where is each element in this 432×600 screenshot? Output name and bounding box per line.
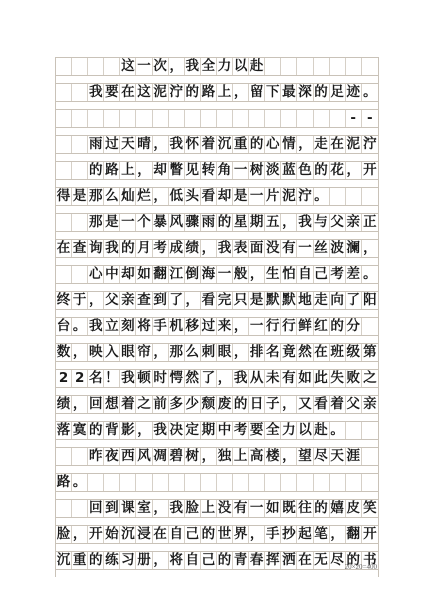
grid-cell: ， [297,136,313,153]
grid-cell [281,58,297,75]
grid-cell: 心 [88,266,104,283]
grid-cell [72,448,88,465]
grid-cell [217,474,233,491]
grid-cell [56,266,72,283]
grid-cell: 决 [169,422,185,439]
grid-cell: 月 [136,240,152,257]
grid-cell [169,474,185,491]
grid-cell [330,188,346,205]
grid-cell: ， [281,448,297,465]
grid-cell: 有 [281,370,297,387]
grid-cell: 一 [249,188,265,205]
grid-cell [249,110,265,127]
grid-cell: 那 [88,188,104,205]
grid-cell: 鲜 [297,318,313,335]
grid-cell: 影 [120,422,136,439]
grid-cell: 力 [281,422,297,439]
grid-cell: 表 [233,240,249,257]
grid-cell [330,110,346,127]
grid-cell: 翻 [346,526,362,543]
grid-cell: 我 [169,136,185,153]
grid-cell [153,474,169,491]
grid-cell: 我 [88,84,104,101]
grid-cell: 前 [153,396,169,413]
grid-cell: - [346,110,362,127]
grid-cell [72,162,88,179]
grid-cell: 风 [136,448,152,465]
grid-cell: 沉 [217,136,233,153]
grid-cell: 帘 [136,344,152,361]
grid-cell: 册 [136,552,152,569]
grid-cell [120,110,136,127]
grid-cell: 在 [330,136,346,153]
grid-cell: 面 [249,240,265,257]
grid-cell: 怕 [281,266,297,283]
grid-cell: 寞 [72,422,88,439]
grid-cell: 名 [88,370,104,387]
grid-cell: 丝 [314,240,330,257]
grid-cell: 脸 [56,526,72,543]
grid-cell: ！ [104,370,120,387]
grid-cell: 默 [281,292,297,309]
grid-cell: 在 [120,84,136,101]
grid-cell: 考 [233,422,249,439]
grid-cell [88,110,104,127]
grid-cell [56,136,72,153]
grid-cell: 深 [297,84,313,101]
grid-cell: 迹 [346,84,362,101]
grid-cell: 看 [201,292,217,309]
grid-cell: 向 [330,292,346,309]
grid-cell: 始 [104,526,120,543]
grid-cell: 路 [201,84,217,101]
grid-cell: 转 [201,162,217,179]
grid-cell: 倒 [185,266,201,283]
grid-cell: 的 [185,84,201,101]
grid-cell: 骤 [185,214,201,231]
grid-cell: 片 [265,188,281,205]
grid-cell: 星 [233,214,249,231]
grid-cell: ， [153,500,169,517]
grid-cell: 红 [314,318,330,335]
grid-cell [217,110,233,127]
grid-cell: 头 [185,188,201,205]
grid-cell: 父 [104,292,120,309]
grid-cell: 行 [265,318,281,335]
grid-cell: 的 [88,162,104,179]
grid-cell: 着 [120,396,136,413]
grid-cell: 入 [104,344,120,361]
grid-cell [249,474,265,491]
grid-cell: 然 [185,370,201,387]
grid-cell [314,58,330,75]
grid-cell: 海 [201,266,217,283]
grid-cell: 2 [56,370,72,387]
grid-cell: 没 [217,500,233,517]
grid-cell [362,474,378,491]
grid-cell: 行 [281,318,297,335]
grid-cell: 树 [185,448,201,465]
grid-cell: 排 [249,344,265,361]
grid-cell: 如 [136,266,152,283]
grid-cell: 我 [233,370,249,387]
grid-cell: 沉 [56,552,72,569]
grid-cell: 我 [120,370,136,387]
grid-cell: 脸 [185,500,201,517]
grid-cell: 的 [88,552,104,569]
grid-cell [56,448,72,465]
grid-row: 落寞的背影，我决定期中考要全力以赴。 [56,421,378,440]
grid-cell: 翻 [153,266,169,283]
grid-cell [56,500,72,517]
grid-cell: ， [362,240,378,257]
grid-cell: 完 [217,292,233,309]
grid-cell: 己 [185,526,201,543]
grid-cell: 世 [217,526,233,543]
grid-cell: 己 [201,552,217,569]
grid-cell [297,58,313,75]
grid-cell: 我 [297,214,313,231]
grid-cell: 是 [249,292,265,309]
grid-cell: 么 [185,344,201,361]
grid-cell: 暴 [153,214,169,231]
grid-cell: 2 [72,370,88,387]
grid-cell: 淡 [265,162,281,179]
grid-cell: 尽 [314,448,330,465]
grid-cell: 笔 [314,526,330,543]
grid-cell: 自 [185,552,201,569]
grid-cell: 过 [201,318,217,335]
grid-row: 昨夜西风凋碧树，独上高楼，望尽天涯 [56,447,378,466]
grid-row: 这一次，我全力以赴 [56,58,378,76]
grid-cell: ， [249,526,265,543]
grid-cell: 风 [169,214,185,231]
grid-cell: 的 [314,500,330,517]
grid-cell: 看 [314,396,330,413]
grid-cell: 上 [120,162,136,179]
grid-cell: 春 [249,552,265,569]
grid-cell: 在 [297,552,313,569]
grid-cell: 花 [330,162,346,179]
grid-cell: 走 [314,136,330,153]
grid-cell: ， [201,448,217,465]
grid-cell: 的 [217,214,233,231]
grid-cell: 父 [346,396,362,413]
grid-row: 的路上，却瞥见转角一树淡蓝色的花，开 [56,161,378,180]
grid-cell: 力 [217,58,233,75]
grid-cell: ， [281,396,297,413]
grid-cell: 绩 [56,396,72,413]
grid-cell: 泥 [153,84,169,101]
grid-cell [201,474,217,491]
grid-cell: 到 [153,292,169,309]
grid-cell: 西 [120,448,136,465]
grid-cell: 父 [330,214,346,231]
grid-cell: 情 [281,136,297,153]
grid-cell: 要 [249,422,265,439]
grid-cell [346,188,362,205]
grid-cell: 机 [169,318,185,335]
grid-cell [265,58,281,75]
grid-cell: ， [153,552,169,569]
grid-cell: 。 [72,474,88,491]
grid-cell: 回 [88,396,104,413]
grid-cell: 波 [330,240,346,257]
grid-cell [362,58,378,75]
grid-cell: 。 [362,84,378,101]
grid-row: 雨过天晴，我怀着沉重的心情，走在泥泞 [56,135,378,154]
grid-cell: 重 [72,552,88,569]
grid-cell: 要 [104,84,120,101]
grid-cell: 那 [88,214,104,231]
grid-cell: 留 [249,84,265,101]
grid-cell: 一 [136,58,152,75]
grid-cell: 路 [56,474,72,491]
grid-cell [104,58,120,75]
grid-cell: 落 [56,422,72,439]
grid-cell: 之 [136,396,152,413]
grid-cell: 赴 [249,58,265,75]
grid-cell: 有 [281,240,297,257]
grid-cell: 一 [217,266,233,283]
grid-cell [346,474,362,491]
grid-cell: 立 [104,318,120,335]
grid-cell: 无 [314,552,330,569]
grid-cell: ， [153,344,169,361]
grid-row: 回到课室，我脸上没有一如既往的嬉皮笑 [56,499,378,518]
grid-cell: 是 [233,188,249,205]
grid-cell: 失 [330,370,346,387]
grid-cell: 泞 [362,136,378,153]
grid-cell: 的 [249,136,265,153]
grid-cell: 挥 [265,552,281,569]
grid-cell: 的 [120,240,136,257]
grid-row: 在查询我的月考成绩，我表面没有一丝波澜， [56,239,378,258]
grid-cell: 一 [297,240,313,257]
grid-cell: 我 [169,500,185,517]
grid-cell [72,136,88,153]
grid-cell: 泥 [281,188,297,205]
grid-cell: 差 [346,266,362,283]
grid-cell: 在 [314,344,330,361]
grid-cell: 五 [265,214,281,231]
grid-cell [136,474,152,491]
grid-cell: 了 [346,292,362,309]
grid-cell: 灿 [120,188,136,205]
grid-cell: ， [330,526,346,543]
grid-cell: 上 [233,448,249,465]
grid-cell [72,84,88,101]
grid-row: 22名！我顿时愕然了，我从未有如此失败之 [56,369,378,388]
grid-cell: 以 [233,58,249,75]
grid-cell: 回 [88,500,104,517]
grid-cell: 最 [281,84,297,101]
grid-cell: 未 [265,370,281,387]
grid-cell: 没 [265,240,281,257]
grid-cell: 尽 [330,552,346,569]
grid-cell: 之 [362,370,378,387]
grid-cell: 然 [297,344,313,361]
grid-cell: 成 [169,240,185,257]
grid-cell: 足 [330,84,346,101]
grid-cell: 了 [169,292,185,309]
grid-cell: 。 [362,266,378,283]
grid-cell: 碧 [169,448,185,465]
grid-cell: 此 [314,370,330,387]
grid-row: 脸，开始沉浸在自己的世界，手抄起笔，翻开 [56,525,378,544]
grid-cell [314,474,330,491]
grid-cell: ， [72,526,88,543]
grid-cell: 开 [88,526,104,543]
grid-row: 那是一个暴风骤雨的星期五，我与父亲正 [56,213,378,232]
grid-cell: 昨 [88,448,104,465]
grid-cell [72,58,88,75]
grid-cell: 泥 [346,136,362,153]
grid-cell: 界 [233,526,249,543]
grid-cell: 又 [297,396,313,413]
grid-cell: ， [201,240,217,257]
grid-cell: 询 [88,240,104,257]
grid-cell: 晴 [136,136,152,153]
grid-cell: 中 [104,266,120,283]
grid-cell: ， [233,84,249,101]
grid-cell: 子 [265,396,281,413]
grid-cell: 走 [314,292,330,309]
grid-row: 心中却如翻江倒海一般，生怕自己考差。 [56,265,378,284]
grid-cell: 一 [249,500,265,517]
grid-cell: ， [88,292,104,309]
grid-cell: 以 [297,422,313,439]
grid-cell: 抄 [281,526,297,543]
grid-cell: 过 [104,136,120,153]
grid-cell: ， [72,344,88,361]
grid-cell: 日 [249,396,265,413]
grid-cell: 这 [136,84,152,101]
grid-cell [362,422,378,439]
grid-cell: 却 [217,188,233,205]
grid-cell: 路 [104,162,120,179]
grid-cell [72,110,88,127]
grid-cell: 一 [233,162,249,179]
grid-cell: 开 [362,526,378,543]
grid-cell [201,110,217,127]
grid-cell [56,162,72,179]
grid-cell: 终 [56,292,72,309]
grid-cell [72,500,88,517]
grid-cell: 开 [362,162,378,179]
grid-cell [265,110,281,127]
grid-cell: 心 [265,136,281,153]
grid-row: 数，映入眼帘，那么刺眼，排名竟然在班级第 [56,343,378,362]
grid-row: 台。我立刻将手机移过来，一行行鲜红的分 [56,317,378,336]
grid-cell: 。 [314,188,330,205]
grid-row: 终于，父亲查到了，看完只是默默地走向了阳 [56,291,378,310]
grid-cell: 低 [169,188,185,205]
grid-cell: 分 [346,318,362,335]
grid-cell: 的 [330,318,346,335]
grid-cell: 与 [314,214,330,231]
grid-cell: 败 [346,370,362,387]
grid-cell: 我 [153,422,169,439]
grid-row: 路。 [56,473,378,492]
grid-cell: 期 [249,214,265,231]
grid-cell [104,474,120,491]
grid-cell: 却 [120,266,136,283]
grid-cell: 独 [217,448,233,465]
grid-cell: 习 [120,552,136,569]
grid-cell: 眼 [217,344,233,361]
grid-cell [314,110,330,127]
grid-cell: 楼 [265,448,281,465]
grid-cell: 着 [330,396,346,413]
grid-cell: 次 [153,58,169,75]
grid-cell: 手 [265,526,281,543]
grid-cell: 第 [362,344,378,361]
grid-cell: 竟 [281,344,297,361]
grid-cell: 台 [56,318,72,335]
grid-cell: 将 [136,318,152,335]
grid-cell: 色 [297,162,313,179]
grid-cell: 课 [120,500,136,517]
grid-cell: ， [185,292,201,309]
grid-cell: 亲 [120,292,136,309]
grid-cell: ， [233,344,249,361]
grid-cell: 将 [169,552,185,569]
grid-cell: 个 [136,214,152,231]
grid-row: 沉重的练习册，将自己的青春挥洒在无尽的书 [56,551,378,570]
grid-cell [346,422,362,439]
grid-cell [104,110,120,127]
grid-cell [281,474,297,491]
grid-cell: 全 [201,58,217,75]
grid-cell [265,474,281,491]
grid-cell: 多 [169,396,185,413]
grid-cell: 上 [201,500,217,517]
grid-cell [88,474,104,491]
grid-cell: 的 [201,526,217,543]
grid-cell: 亲 [362,396,378,413]
grid-cell: 的 [217,552,233,569]
grid-cell: 得 [56,188,72,205]
grid-cell: 下 [265,84,281,101]
grid-cell: 室 [136,500,152,517]
grid-cell: 眼 [120,344,136,361]
grid-cell: 皮 [346,500,362,517]
grid-cell: 背 [104,422,120,439]
grid-cell: 阳 [362,292,378,309]
grid-cell: 望 [297,448,313,465]
grid-cell: 么 [104,188,120,205]
grid-cell: 是 [72,188,88,205]
grid-cell: 查 [72,240,88,257]
grid-cell: 洒 [281,552,297,569]
grid-cell: 泞 [169,84,185,101]
grid-cell: 着 [201,136,217,153]
grid-cell: 青 [233,552,249,569]
grid-row: -- [56,109,378,128]
grid-cell: 澜 [346,240,362,257]
grid-cell [233,474,249,491]
grid-cell: ， [249,266,265,283]
grid-cell: 的 [233,396,249,413]
grid-cell: 涯 [346,448,362,465]
grid-cell: 是 [104,214,120,231]
grid-cell [153,110,169,127]
grid-cell: 。 [72,318,88,335]
grid-cell: 浸 [136,526,152,543]
grid-cell: 那 [169,344,185,361]
grid-cell: 我 [185,58,201,75]
